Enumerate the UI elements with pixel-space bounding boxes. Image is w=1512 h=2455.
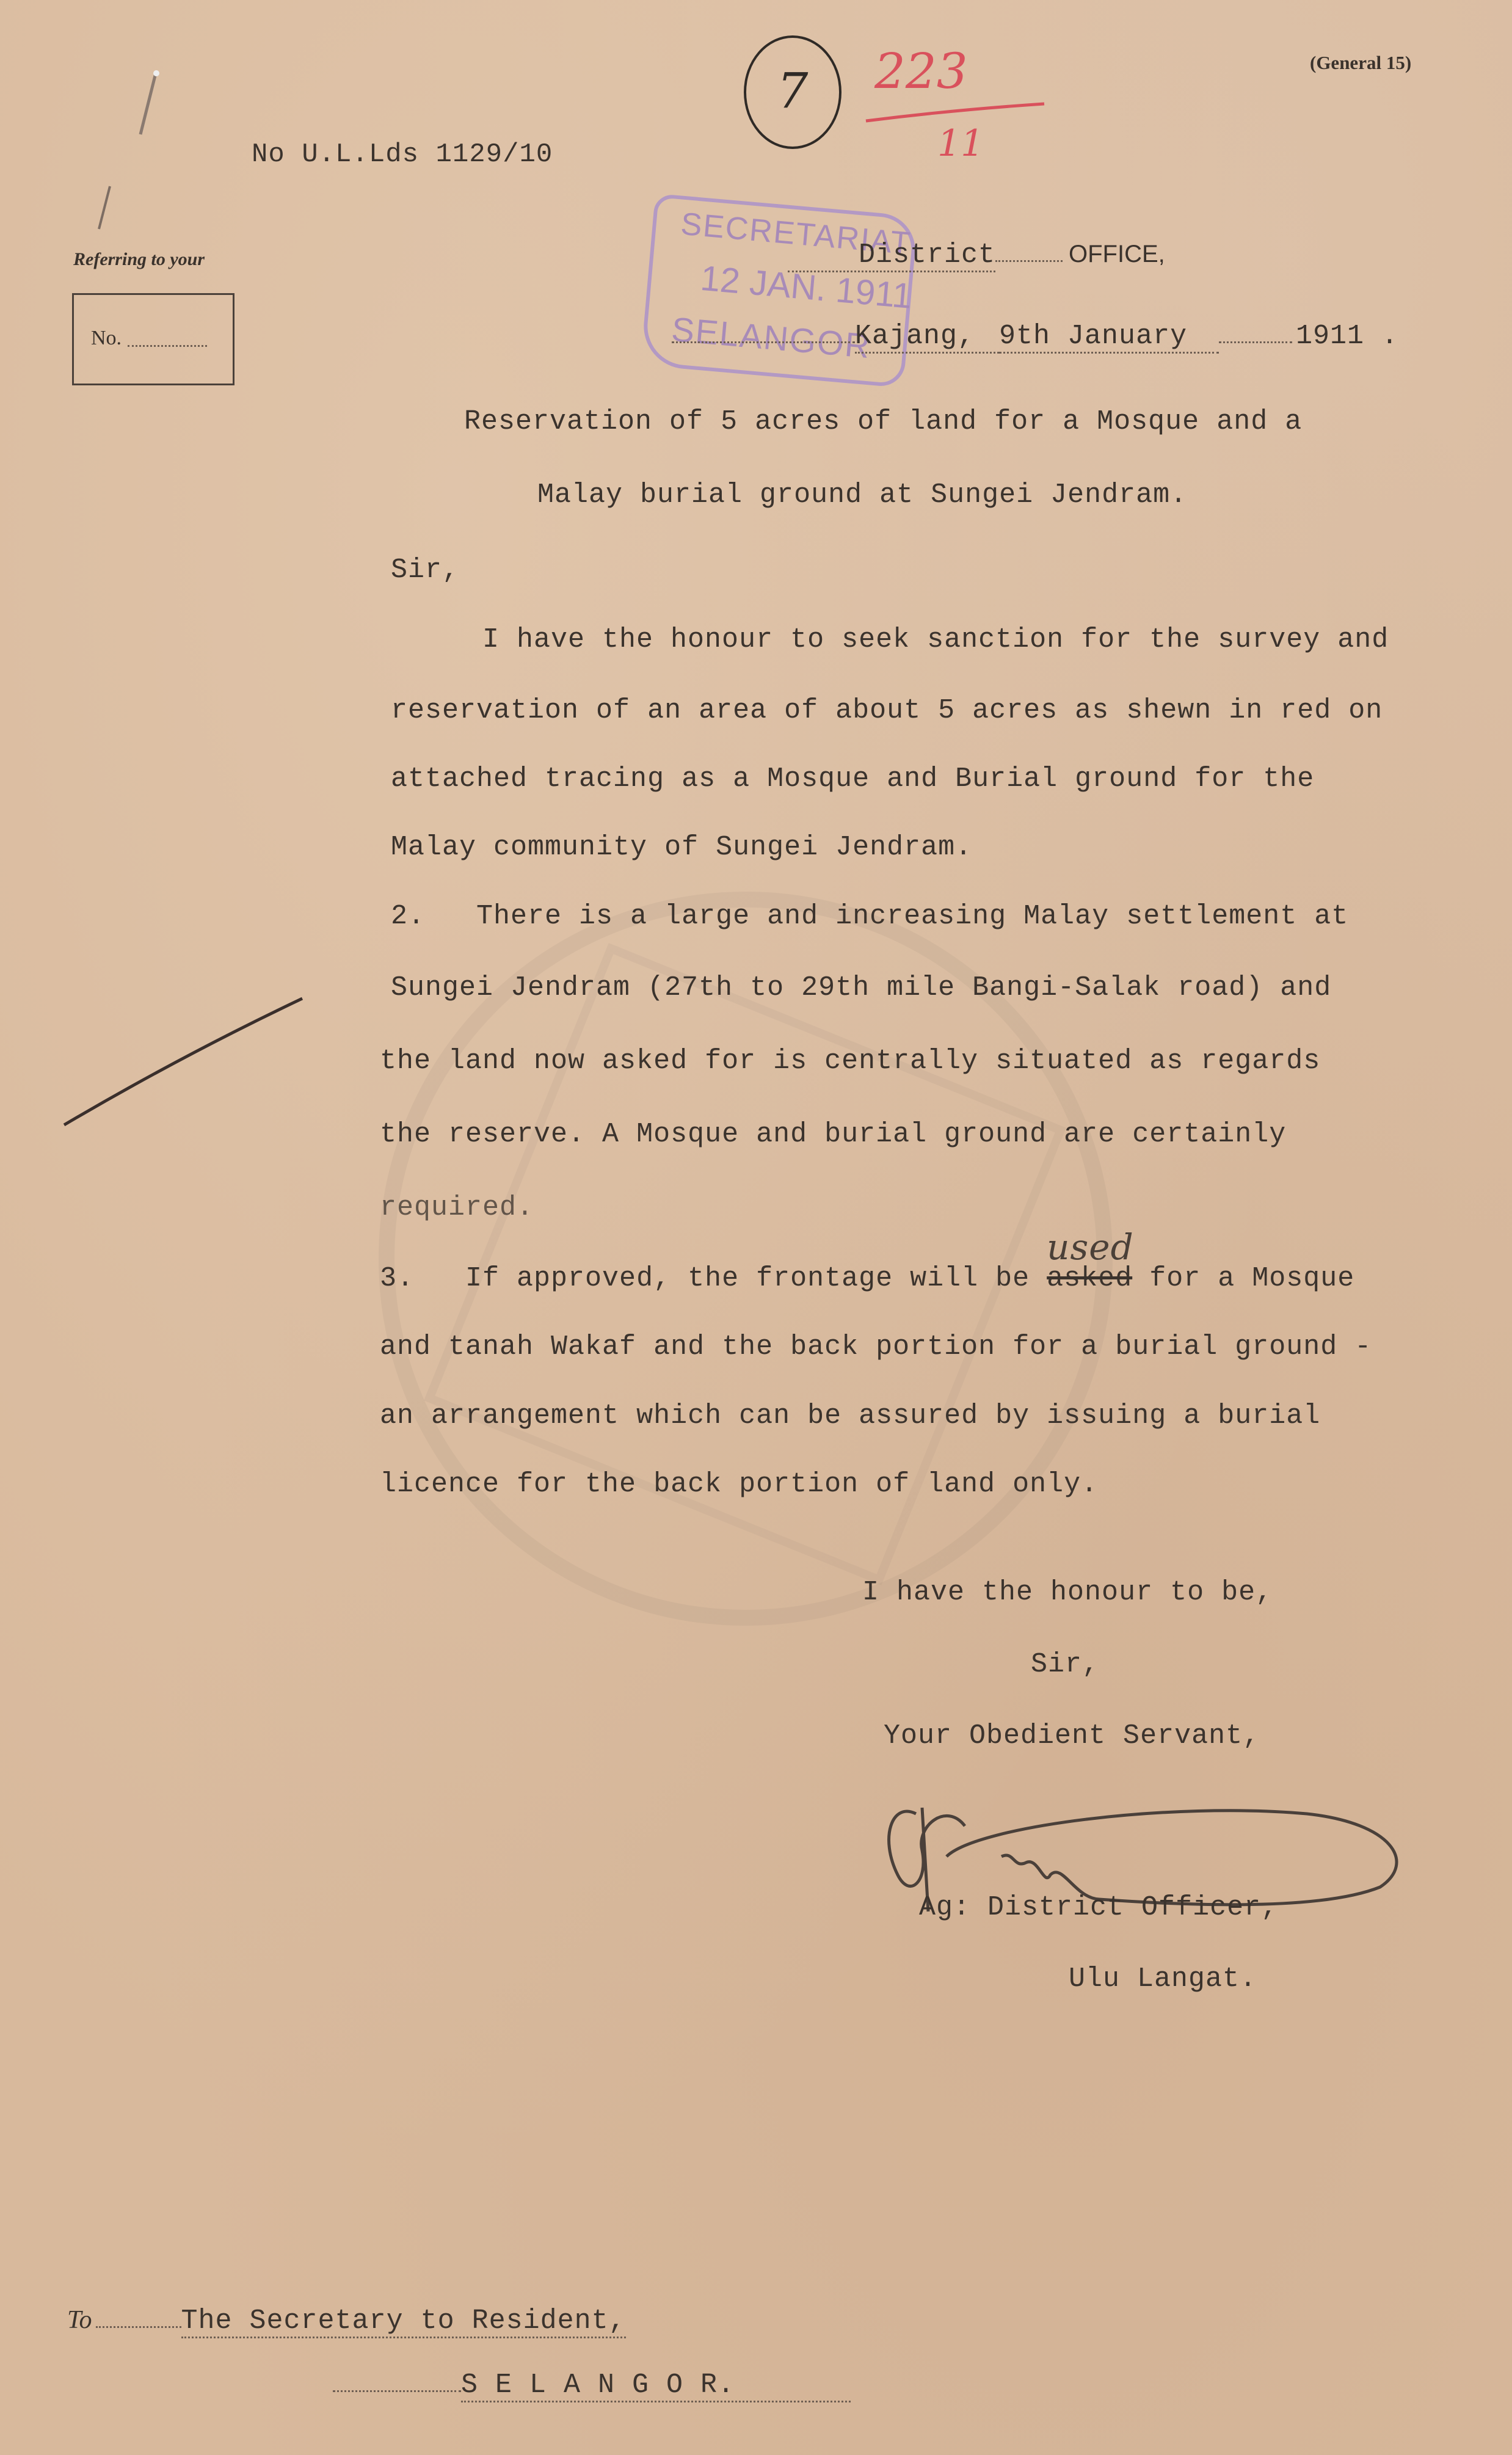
place-name: Kajang, — [855, 321, 999, 354]
handwritten-correction: used — [1047, 1226, 1134, 1268]
salutation: Sir, — [391, 555, 459, 586]
letter-year: 1911 . — [1296, 321, 1398, 352]
folio-number: 7 — [746, 62, 839, 119]
margin-stroke-icon — [58, 989, 314, 1136]
to-label: To — [67, 2305, 92, 2335]
signatory-place: Ulu Langat. — [1069, 1963, 1257, 1995]
recipient-line: To The Secretary to Resident, — [67, 2305, 626, 2338]
signatory-title: Ag: District Officer, — [919, 1892, 1278, 1923]
reference-box: No. — [72, 293, 234, 385]
p3-line: and tanah Wakaf and the back portion for… — [380, 1331, 1372, 1362]
p3-line: licence for the back portion of land onl… — [380, 1469, 1098, 1500]
recipient-name: The Secretary to Resident, — [181, 2305, 626, 2338]
pin-mark-icon — [92, 183, 116, 232]
p1-line: attached tracing as a Mosque and Burial … — [391, 763, 1314, 795]
secretariat-stamp: SECRETARIAT 12 JAN. 1911 SELANGOR — [641, 194, 918, 388]
p3-line: an arrangement which can be assured by i… — [380, 1400, 1320, 1431]
p2-line: the land now asked for is centrally situ… — [380, 1046, 1320, 1077]
reference-no-field — [128, 345, 207, 347]
closing-line-2: Sir, — [1031, 1649, 1099, 1680]
state-line: S E L A N G O R. — [333, 2370, 851, 2402]
p2-line: Sungei Jendram (27th to 29th mile Bangi-… — [391, 972, 1331, 1003]
form-code: (General 15) — [1310, 52, 1411, 74]
p2-line: the reserve. A Mosque and burial ground … — [380, 1119, 1286, 1150]
date-line: Kajang, 9th January 1911 . — [672, 321, 1429, 354]
subject-line-2: Malay burial ground at Sungei Jendram. — [537, 479, 1187, 511]
red-folio-sub: 11 — [937, 122, 984, 165]
p1-line: I have the honour to seek sanction for t… — [482, 624, 1389, 655]
p2-line: 2. There is a large and increasing Malay… — [391, 901, 1348, 932]
file-number: No U.L.Lds 1129/10 — [252, 139, 553, 170]
closing-line-3: Your Obedient Servant, — [884, 1720, 1260, 1751]
office-line: District OFFICE, — [788, 239, 1307, 272]
folio-circle: 7 — [744, 35, 841, 149]
recipient-state: S E L A N G O R. — [461, 2370, 851, 2402]
p1-line: Malay community of Sungei Jendram. — [391, 832, 972, 863]
p1-line: reservation of an area of about 5 acres … — [391, 695, 1383, 726]
subject-line-1: Reservation of 5 acres of land for a Mos… — [464, 406, 1302, 437]
closing-line-1: I have the honour to be, — [862, 1577, 1273, 1608]
referring-label: Referring to your — [73, 249, 205, 270]
district-name: District — [859, 239, 995, 271]
letter-date: 9th January — [999, 321, 1219, 354]
office-label: OFFICE, — [1069, 241, 1165, 268]
p3-line-1: 3. If approved, the frontage will be ask… — [380, 1263, 1354, 1294]
red-folio-number: 223 — [874, 43, 968, 100]
pin-mark-icon — [128, 67, 165, 140]
p2-line: required. — [380, 1192, 534, 1223]
reference-no-label: No. — [91, 327, 122, 350]
